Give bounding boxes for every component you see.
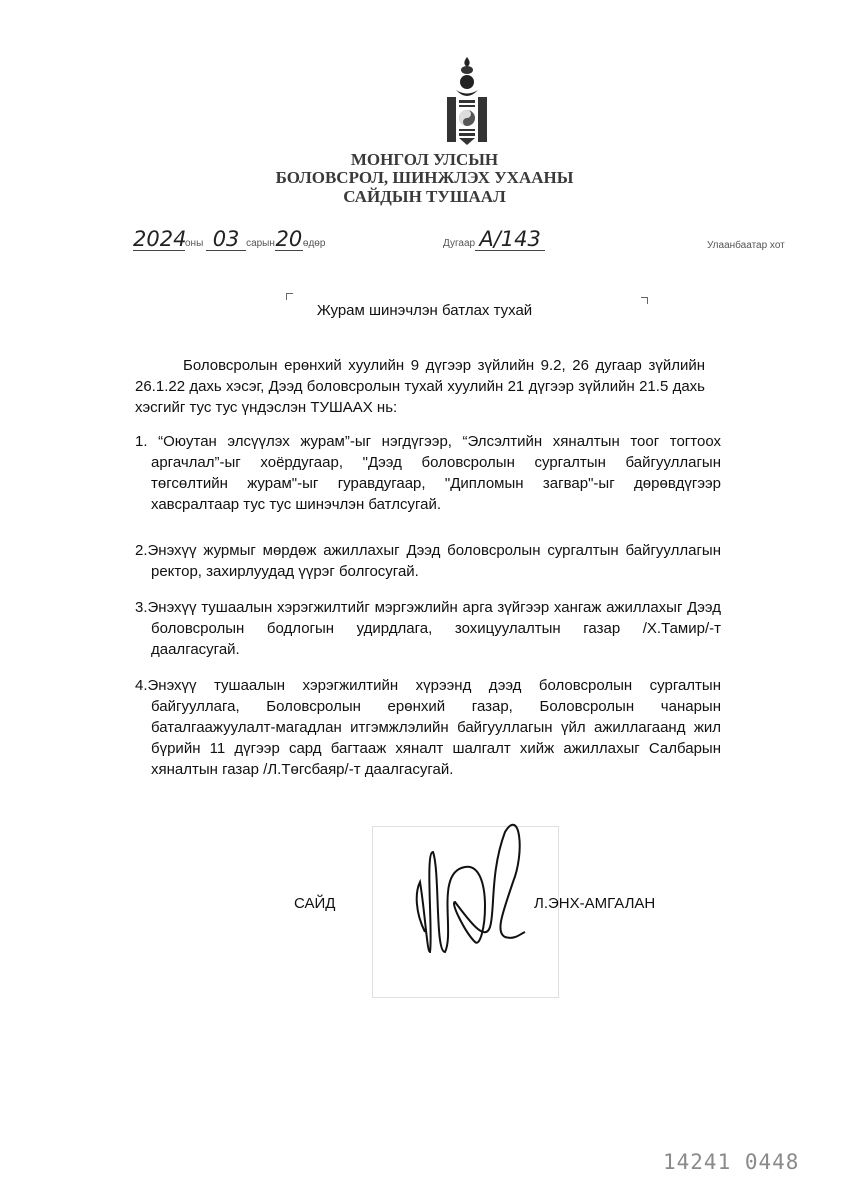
date-year: 2024 — [133, 228, 185, 251]
document-type: САЙДЫН ТУШААЛ — [0, 187, 849, 206]
intro-paragraph: Боловсролын ерөнхий хуулийн 9 дүгээр зүй… — [135, 355, 705, 418]
subject-title: Журам шинэчлэн батлах тухай — [0, 302, 849, 319]
city: Улаанбаатар хот — [707, 240, 785, 251]
date-month: 03 — [206, 228, 246, 251]
list-item: 2.Энэхүү журмыг мөрдөж ажиллахыг Дээд бо… — [135, 540, 721, 582]
org-name-line-2: БОЛОВСРОЛ, ШИНЖЛЭХ УХААНЫ — [0, 168, 849, 187]
month-label: сарын — [246, 238, 275, 249]
soyombo-emblem-icon — [444, 55, 490, 147]
signatory-name: Л.ЭНХ-АМГАЛАН — [534, 895, 655, 912]
order-number: ДугаарА/143 — [443, 228, 545, 251]
list-item: 4.Энэхүү тушаалын хэрэгжилтийн хүрээнд д… — [135, 675, 721, 780]
order-date: 2024оны 03сарын20өдөр — [133, 228, 325, 251]
list-item: 1. “Оюутан элсүүлэх журам”-ыг нэгдүгээр,… — [135, 431, 721, 515]
year-label: оны — [185, 238, 203, 249]
signature-icon — [395, 812, 545, 972]
signatory-title: САЙД — [294, 895, 335, 912]
date-day: 20 — [275, 228, 303, 251]
org-name-line-1: МОНГОЛ УЛСЫН — [0, 150, 849, 169]
number-label: Дугаар — [443, 238, 475, 249]
serial-number: 14241 0448 — [663, 1150, 799, 1174]
list-item: 3.Энэхүү тушаалын хэрэгжилтийг мэргэжлий… — [135, 597, 721, 660]
day-label: өдөр — [303, 238, 326, 249]
number-value: А/143 — [475, 228, 545, 251]
corner-mark-left — [286, 293, 293, 300]
